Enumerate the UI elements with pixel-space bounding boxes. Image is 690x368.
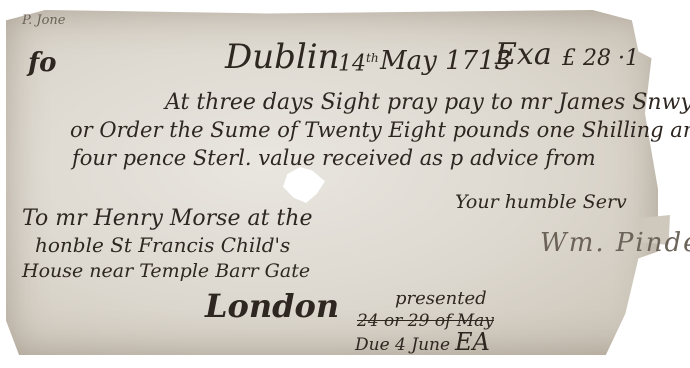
heading-day: 14th [338,52,379,75]
initials: EA [455,330,490,354]
heading-month-year: May 1713 [380,48,511,74]
corner-note: P. Jone [22,14,65,27]
addressee-line-3: House near Temple Barr Gate [22,262,310,281]
presented-note: presented [395,290,487,308]
body-line-3: four pence Sterl. value received as p ad… [72,148,596,169]
day-suffix: th [366,51,379,65]
closing: Your humble Serv [455,193,627,212]
day-number: 14 [338,51,366,76]
amount: £ 28 ·1 [562,48,639,70]
addressee-line-1: To mr Henry Morse at the [22,208,312,230]
city: London [205,290,339,322]
signature: Wm. Pinder [540,230,690,256]
due-note: Due 4 June [355,337,450,354]
corner-mark: fo [28,50,57,76]
heading-place: Dublin [225,40,340,74]
body-line-1: At three days Sight pray pay to mr James… [165,92,690,114]
addressee-line-2: honble St Francis Child's [35,235,290,255]
exchange-label: Exa [495,40,552,70]
body-line-2: or Order the Sume of Twenty Eight pounds… [70,120,690,141]
